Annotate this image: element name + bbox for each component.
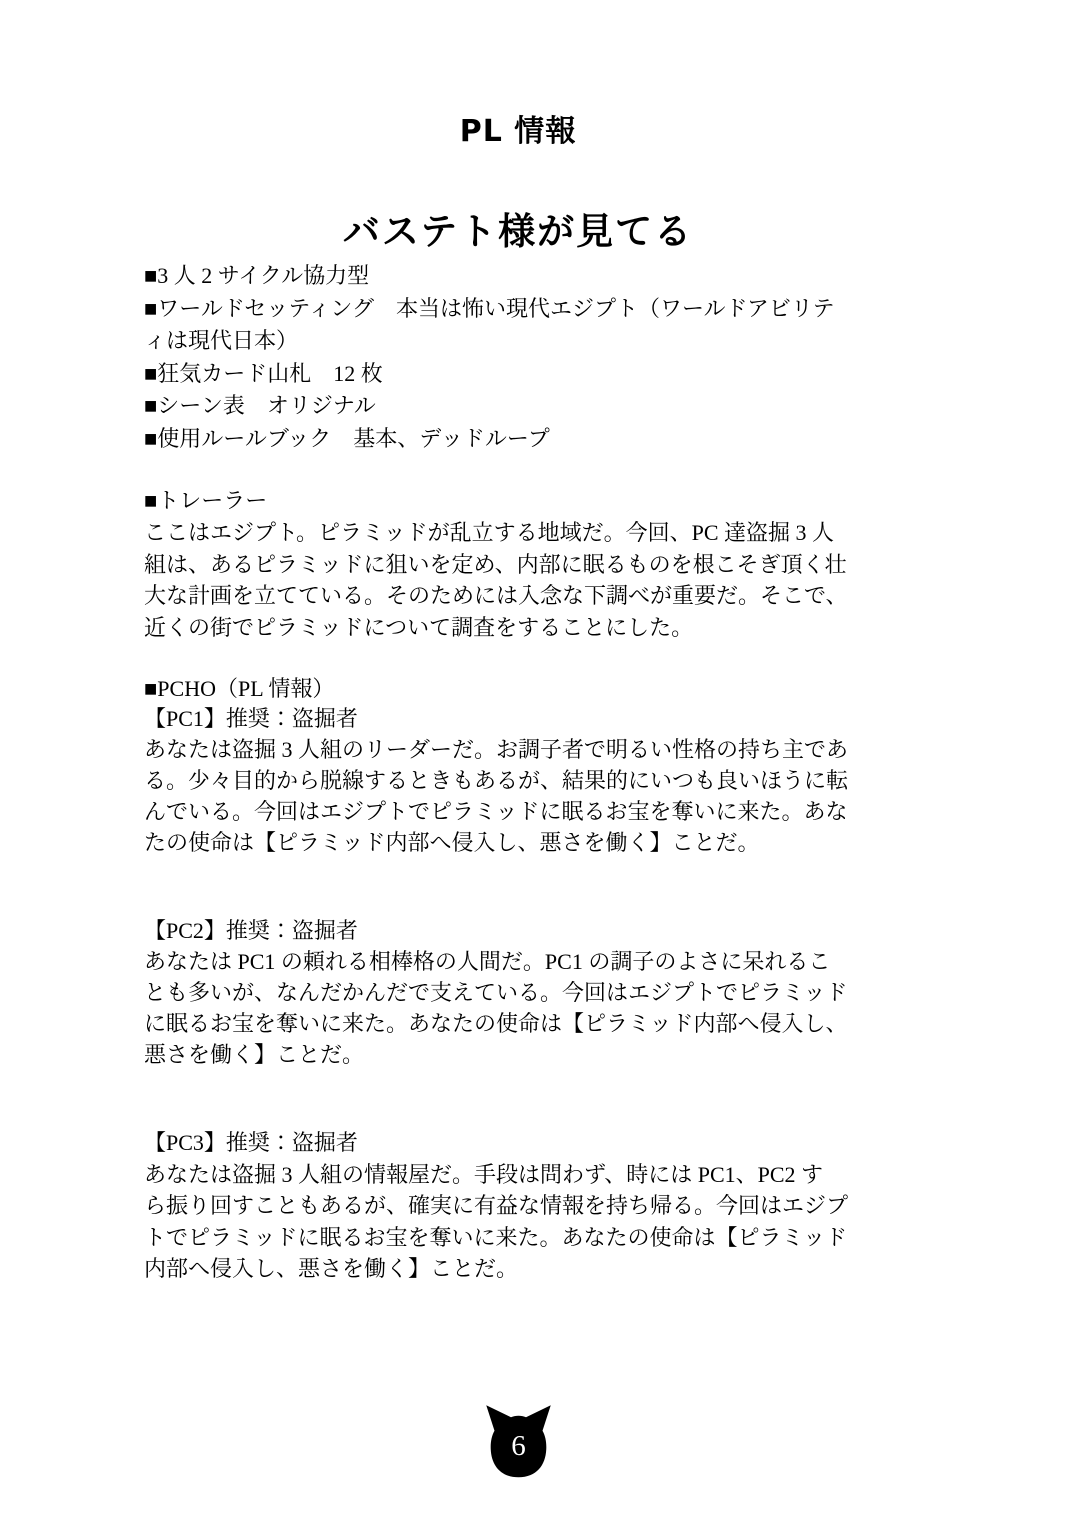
pc1-handout: 【PC1】推奨：盗掘者 あなたは盗掘 3 人組のリーダーだ。お調子者で明るい性格… bbox=[144, 703, 974, 858]
pc2-handout: 【PC2】推奨：盗掘者 あなたは PC1 の頼れる相棒格の人間だ。PC1 の調子… bbox=[144, 915, 974, 1070]
trailer-body: ここはエジプト。ピラミッドが乱立する地域だ。今回、PC 達盗掘 3 人 組は、あ… bbox=[144, 520, 848, 640]
page-number: 6 bbox=[481, 1430, 556, 1463]
scenario-title: バステト様が見てる bbox=[0, 201, 1036, 255]
setup-bullet-list: ■3 人 2 サイクル協力型 ■ワールドセッティング 本当は怖い現代エジプト（ワ… bbox=[144, 260, 974, 455]
pc2-body: あなたは PC1 の頼れる相棒格の人間だ。PC1 の調子のよさに呆れるこ とも多… bbox=[144, 949, 848, 1067]
pc1-body: あなたは盗掘 3 人組のリーダーだ。お調子者で明るい性格の持ち主であ る。少々目… bbox=[144, 737, 848, 855]
trailer-heading: ■トレーラー bbox=[144, 488, 267, 513]
page-title: PL 情報 bbox=[0, 106, 1036, 150]
pc3-handout: 【PC3】推奨：盗掘者 あなたは盗掘 3 人組の情報屋だ。手段は問わず、時には … bbox=[144, 1127, 974, 1285]
pc3-body: あなたは盗掘 3 人組の情報屋だ。手段は問わず、時には PC1、PC2 す ら振… bbox=[144, 1162, 848, 1282]
pc3-heading: 【PC3】推奨：盗掘者 bbox=[144, 1130, 358, 1155]
pc1-heading: 【PC1】推奨：盗掘者 bbox=[144, 706, 358, 731]
pcho-section-heading: ■PCHO（PL 情報） bbox=[144, 673, 974, 705]
trailer-section: ■トレーラー ここはエジプト。ピラミッドが乱立する地域だ。今回、PC 達盗掘 3… bbox=[144, 485, 974, 644]
document-page: PL 情報 バステト様が見てる ■3 人 2 サイクル協力型 ■ワールドセッティ… bbox=[0, 0, 1075, 1519]
page-footer: 6 bbox=[481, 1402, 556, 1479]
pc2-heading: 【PC2】推奨：盗掘者 bbox=[144, 918, 358, 943]
